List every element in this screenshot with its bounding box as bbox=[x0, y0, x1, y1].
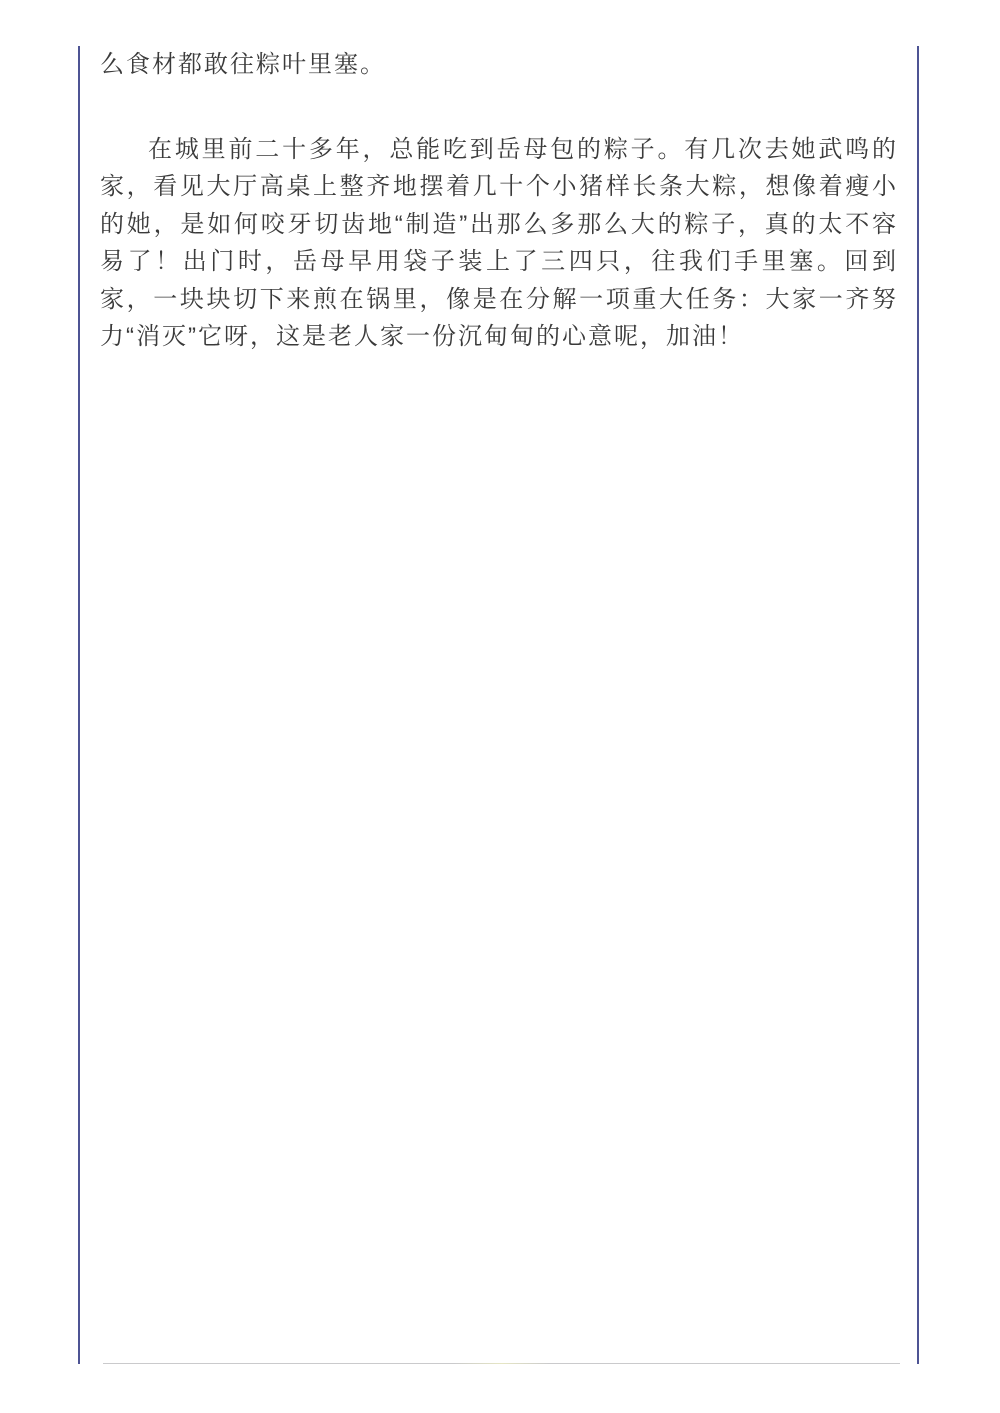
document-page: 么食材都敢往粽叶里塞。 在城里前二十多年，总能吃到岳母包的粽子。有几次去她武鸣的… bbox=[0, 0, 1000, 1413]
text-area: 么食材都敢往粽叶里塞。 在城里前二十多年，总能吃到岳母包的粽子。有几次去她武鸣的… bbox=[100, 46, 898, 356]
content-frame: 么食材都敢往粽叶里塞。 在城里前二十多年，总能吃到岳母包的粽子。有几次去她武鸣的… bbox=[78, 46, 919, 1364]
footer-divider bbox=[103, 1363, 900, 1364]
paragraph-continuation: 么食材都敢往粽叶里塞。 bbox=[100, 46, 898, 84]
paragraph-body: 在城里前二十多年，总能吃到岳母包的粽子。有几次去她武鸣的家，看见大厅高桌上整齐地… bbox=[100, 131, 898, 356]
